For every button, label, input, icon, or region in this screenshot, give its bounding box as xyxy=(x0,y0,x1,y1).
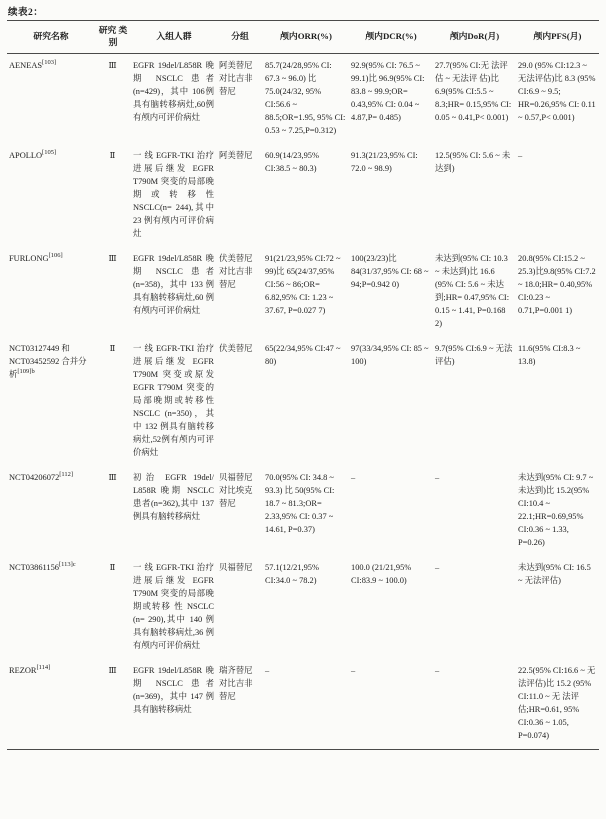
population-cell: 一 线 EGFR-TKI 治疗进展后继发 EGFR T790M 突变的局部晚期或… xyxy=(131,144,217,247)
pfs-cell: – xyxy=(516,144,599,247)
group-cell: 贝福替尼对比埃克替尼 xyxy=(217,466,263,556)
table-header-row: 研究名称 研究 类别 入组人群 分组 颅内ORR(%) 颅内DCR(%) 颅内D… xyxy=(7,21,599,54)
dor-cell: – xyxy=(433,466,516,556)
population-cell: 一 线 EGFR-TKI 治疗进展后继发 EGFR T790M 突变或原发 EG… xyxy=(131,337,217,466)
dor-cell: 未达到(95% CI: 10.3 ~ 未达到)比 16.6 (95% CI: 5… xyxy=(433,247,516,337)
dor-cell: 9.7(95% CI:6.9 ~ 无法评估) xyxy=(433,337,516,466)
dcr-cell: 100.0 (21/21,95% CI:83.9 ~ 100.0) xyxy=(349,556,433,659)
header-intracranial-pfs: 颅内PFS(月) xyxy=(516,21,599,54)
phase-cell: Ⅱ xyxy=(95,556,131,659)
pfs-cell: 11.6(95% CI:8.3 ~ 13.8) xyxy=(516,337,599,466)
pfs-cell: 20.8(95% CI:15.2 ~ 25.3)比9.8(95% CI:7.2 … xyxy=(516,247,599,337)
study-name-cell: AENEAS[103] xyxy=(7,53,95,144)
dor-cell: 12.5(95% CI: 5.6 ~ 未达到) xyxy=(433,144,516,247)
dcr-cell: 91.3(21/23,95% CI: 72.0 ~ 98.9) xyxy=(349,144,433,247)
dor-cell: – xyxy=(433,556,516,659)
dcr-cell: 100(23/23)比 84(31/37,95% CI: 68 ~ 94;P=0… xyxy=(349,247,433,337)
study-name: AENEAS xyxy=(9,61,42,70)
dcr-cell: 92.9(95% CI: 76.5 ~ 99.1)比 96.9(95% CI: … xyxy=(349,53,433,144)
dcr-cell: 97(33/34,95% CI: 85 ~ 100) xyxy=(349,337,433,466)
reference-superscript: [112] xyxy=(59,471,73,478)
phase-cell: Ⅲ xyxy=(95,659,131,750)
dor-cell: 27.7(95% CI:无 法评估 ~ 无法评 估)比6.9(95% CI:5.… xyxy=(433,53,516,144)
study-name: NCT03861156 xyxy=(9,563,59,572)
reference-superscript: [106] xyxy=(49,252,63,259)
population-cell: 初治 EGFR 19del/ L858R 晚期 NSCLC 患者(n=362),… xyxy=(131,466,217,556)
reference-superscript: [109]b xyxy=(17,368,34,375)
study-name: NCT04206072 xyxy=(9,473,59,482)
orr-cell: 91(21/23,95% CI:72 ~ 99)比 65(24/37,95% C… xyxy=(263,247,349,337)
table-row: NCT03127449 和 NCT03452592 合并分析[109]b Ⅱ 一… xyxy=(7,337,599,466)
group-cell: 阿美替尼 xyxy=(217,144,263,247)
dcr-cell: – xyxy=(349,659,433,750)
pfs-cell: 未达到(95% CI: 16.5 ~ 无法评估) xyxy=(516,556,599,659)
population-cell: EGFR 19del/L858R 晚期 NSCLC 患者 (n=358)，其中 … xyxy=(131,247,217,337)
table-row: NCT04206072[112] Ⅲ 初治 EGFR 19del/ L858R … xyxy=(7,466,599,556)
header-study-phase: 研究 类别 xyxy=(95,21,131,54)
table-row: APOLLO[105] Ⅱ 一 线 EGFR-TKI 治疗进展后继发 EGFR … xyxy=(7,144,599,247)
header-intracranial-dor: 颅内DoR(月) xyxy=(433,21,516,54)
reference-superscript: [114] xyxy=(36,664,50,671)
orr-cell: 70.0(95% CI: 34.8 ~ 93.3) 比 50(95% CI: 1… xyxy=(263,466,349,556)
header-group: 分组 xyxy=(217,21,263,54)
paper-table-page: 续表2： 研究名称 研究 类别 入组人群 分组 颅内ORR(%) 颅内DCR(%… xyxy=(0,0,606,750)
phase-cell: Ⅲ xyxy=(95,53,131,144)
phase-cell: Ⅱ xyxy=(95,337,131,466)
pfs-cell: 未达到(95% CI: 9.7 ~ 未达到)比 15.2(95% CI:10.4… xyxy=(516,466,599,556)
table-row: AENEAS[103] Ⅲ EGFR 19del/L858R 晚期 NSCLC … xyxy=(7,53,599,144)
table-row: FURLONG[106] Ⅲ EGFR 19del/L858R 晚期 NSCLC… xyxy=(7,247,599,337)
orr-cell: 65(22/34,95% CI:47 ~ 80) xyxy=(263,337,349,466)
group-cell: 伏美替尼 xyxy=(217,337,263,466)
population-cell: EGFR 19del/L858R 晚期 NSCLC 患者 (n=369)，其中 … xyxy=(131,659,217,750)
study-name-cell: FURLONG[106] xyxy=(7,247,95,337)
study-name-cell: NCT03861156[113]c xyxy=(7,556,95,659)
population-cell: 一 线 EGFR-TKI 治疗进展后继发 EGFR T790M 突变的局部晚期或… xyxy=(131,556,217,659)
pfs-cell: 29.0 (95% CI:12.3 ~ 无法评估)比 8.3 (95% CI:6… xyxy=(516,53,599,144)
table-row: REZOR[114] Ⅲ EGFR 19del/L858R 晚期 NSCLC 患… xyxy=(7,659,599,750)
study-name: FURLONG xyxy=(9,254,49,263)
reference-superscript: [113]c xyxy=(59,561,76,568)
study-name-cell: REZOR[114] xyxy=(7,659,95,750)
study-name: APOLLO xyxy=(9,151,42,160)
orr-cell: 85.7(24/28,95% CI: 67.3 ~ 96.0) 比75.0(24… xyxy=(263,53,349,144)
phase-cell: Ⅲ xyxy=(95,247,131,337)
study-name-cell: APOLLO[105] xyxy=(7,144,95,247)
study-results-table: 研究名称 研究 类别 入组人群 分组 颅内ORR(%) 颅内DCR(%) 颅内D… xyxy=(7,20,599,750)
study-name-cell: NCT04206072[112] xyxy=(7,466,95,556)
orr-cell: – xyxy=(263,659,349,750)
orr-cell: 57.1(12/21,95% CI:34.0 ~ 78.2) xyxy=(263,556,349,659)
pfs-cell: 22.5(95% CI:16.6 ~ 无法评估)比 15.2 (95% CI:1… xyxy=(516,659,599,750)
table-row: NCT03861156[113]c Ⅱ 一 线 EGFR-TKI 治疗进展后继发… xyxy=(7,556,599,659)
dor-cell: – xyxy=(433,659,516,750)
continued-table-label: 续表2： xyxy=(7,3,599,20)
study-name-cell: NCT03127449 和 NCT03452592 合并分析[109]b xyxy=(7,337,95,466)
header-intracranial-dcr: 颅内DCR(%) xyxy=(349,21,433,54)
phase-cell: Ⅱ xyxy=(95,144,131,247)
group-cell: 贝福替尼 xyxy=(217,556,263,659)
group-cell: 伏美替尼对比吉非替尼 xyxy=(217,247,263,337)
group-cell: 瑞齐替尼对比吉非替尼 xyxy=(217,659,263,750)
population-cell: EGFR 19del/L858R 晚期 NSCLC 患者 (n=429)，其中 … xyxy=(131,53,217,144)
study-name: REZOR xyxy=(9,666,36,675)
header-intracranial-orr: 颅内ORR(%) xyxy=(263,21,349,54)
orr-cell: 60.9(14/23,95% CI:38.5 ~ 80.3) xyxy=(263,144,349,247)
reference-superscript: [105] xyxy=(42,149,56,156)
dcr-cell: – xyxy=(349,466,433,556)
phase-cell: Ⅲ xyxy=(95,466,131,556)
header-study-name: 研究名称 xyxy=(7,21,95,54)
reference-superscript: [103] xyxy=(42,59,56,66)
header-population: 入组人群 xyxy=(131,21,217,54)
group-cell: 阿美替尼对比吉非替尼 xyxy=(217,53,263,144)
